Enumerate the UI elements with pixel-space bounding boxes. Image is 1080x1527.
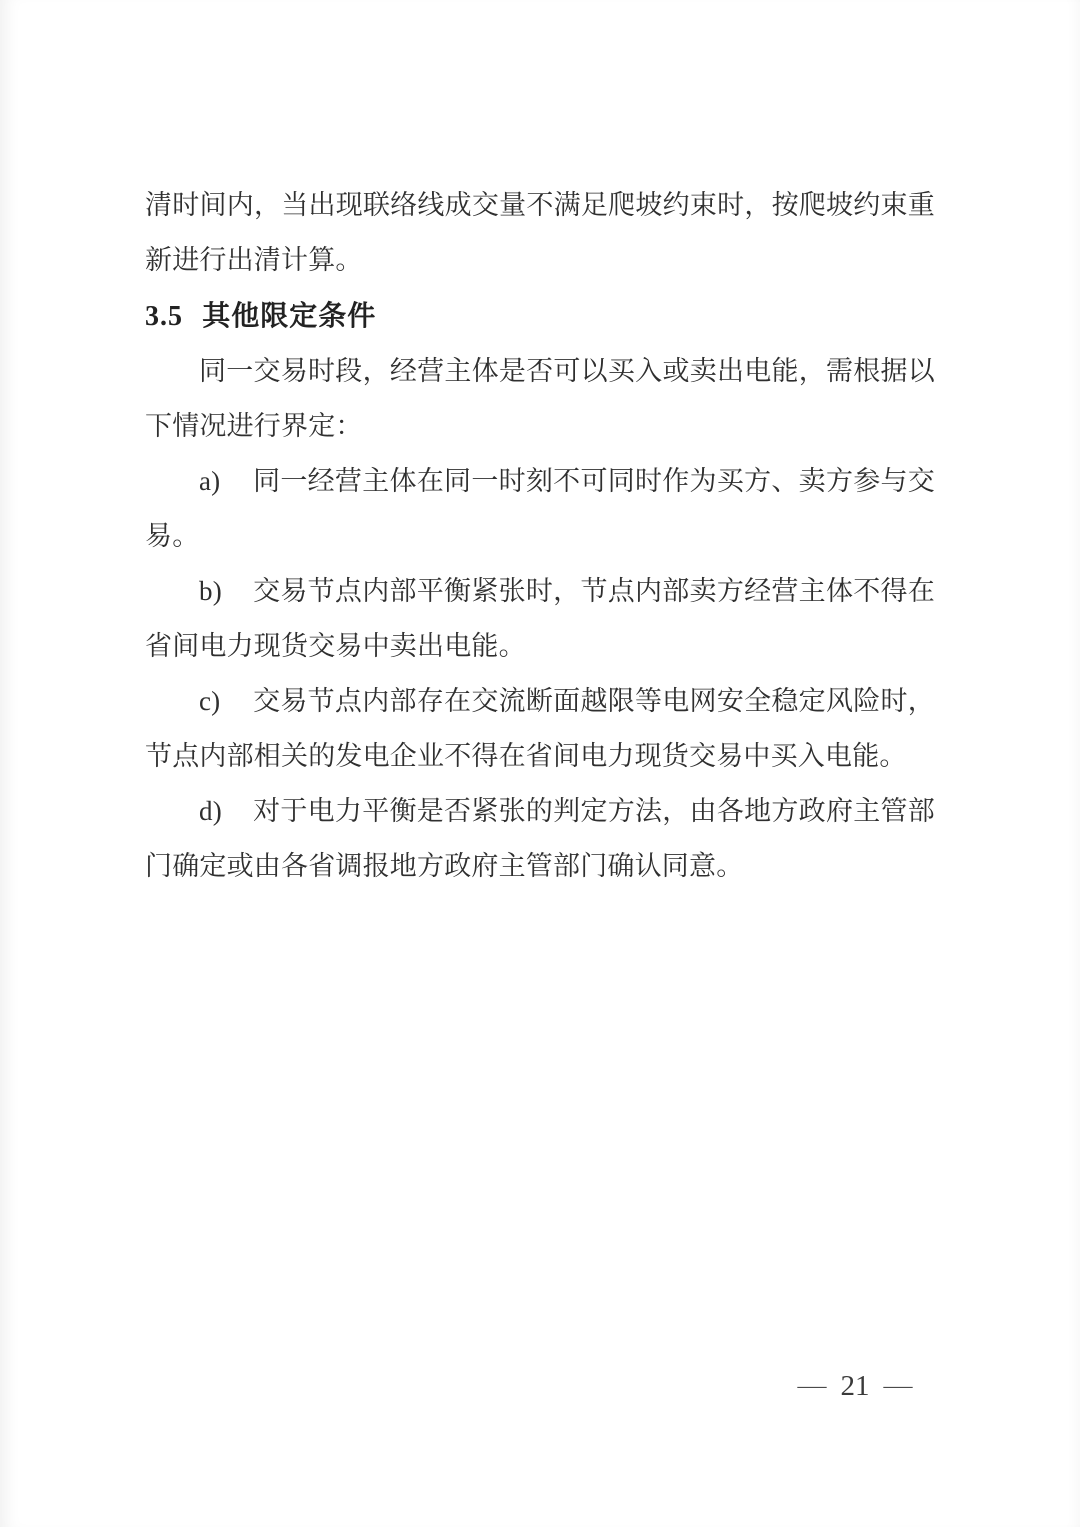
footer-dash-right: — bbox=[884, 1370, 913, 1402]
list-item-d-label: d) bbox=[199, 784, 253, 839]
list-item-a-text: 同一经营主体在同一时刻不可同时作为买方、卖方参与交易。 bbox=[145, 466, 935, 551]
page-number: 21 bbox=[841, 1366, 870, 1406]
carryover-paragraph: 清时间内，当出现联络线成交量不满足爬坡约束时，按爬坡约束重新进行出清计算。 bbox=[145, 178, 935, 288]
section-heading: 3.5 其他限定条件 bbox=[145, 288, 935, 344]
list-item-c-text: 交易节点内部存在交流断面越限等电网安全稳定风险时，节点内部相关的发电企业不得在省… bbox=[145, 686, 935, 771]
document-page: 清时间内，当出现联络线成交量不满足爬坡约束时，按爬坡约束重新进行出清计算。 3.… bbox=[0, 0, 1080, 1527]
list-item-b: b)交易节点内部平衡紧张时，节点内部卖方经营主体不得在省间电力现货交易中卖出电能… bbox=[145, 564, 935, 674]
footer-dash-left: — bbox=[798, 1370, 827, 1402]
section-number: 3.5 bbox=[145, 301, 183, 332]
list-item-d-text: 对于电力平衡是否紧张的判定方法，由各地方政府主管部门确定或由各省调报地方政府主管… bbox=[145, 796, 935, 881]
document-body: 清时间内，当出现联络线成交量不满足爬坡约束时，按爬坡约束重新进行出清计算。 3.… bbox=[145, 178, 935, 894]
list-item-b-text: 交易节点内部平衡紧张时，节点内部卖方经营主体不得在省间电力现货交易中卖出电能。 bbox=[145, 576, 935, 661]
section-title: 其他限定条件 bbox=[202, 300, 376, 331]
list-item-b-label: b) bbox=[199, 564, 253, 619]
list-item-c: c)交易节点内部存在交流断面越限等电网安全稳定风险时，节点内部相关的发电企业不得… bbox=[145, 674, 935, 784]
page-footer: — 21 — bbox=[790, 1366, 920, 1406]
intro-paragraph: 同一交易时段，经营主体是否可以买入或卖出电能，需根据以下情况进行界定： bbox=[145, 344, 935, 454]
list-item-c-label: c) bbox=[199, 674, 253, 729]
list-item-d: d)对于电力平衡是否紧张的判定方法，由各地方政府主管部门确定或由各省调报地方政府… bbox=[145, 784, 935, 894]
list-item-a: a)同一经营主体在同一时刻不可同时作为买方、卖方参与交易。 bbox=[145, 454, 935, 564]
list-item-a-label: a) bbox=[199, 454, 253, 509]
